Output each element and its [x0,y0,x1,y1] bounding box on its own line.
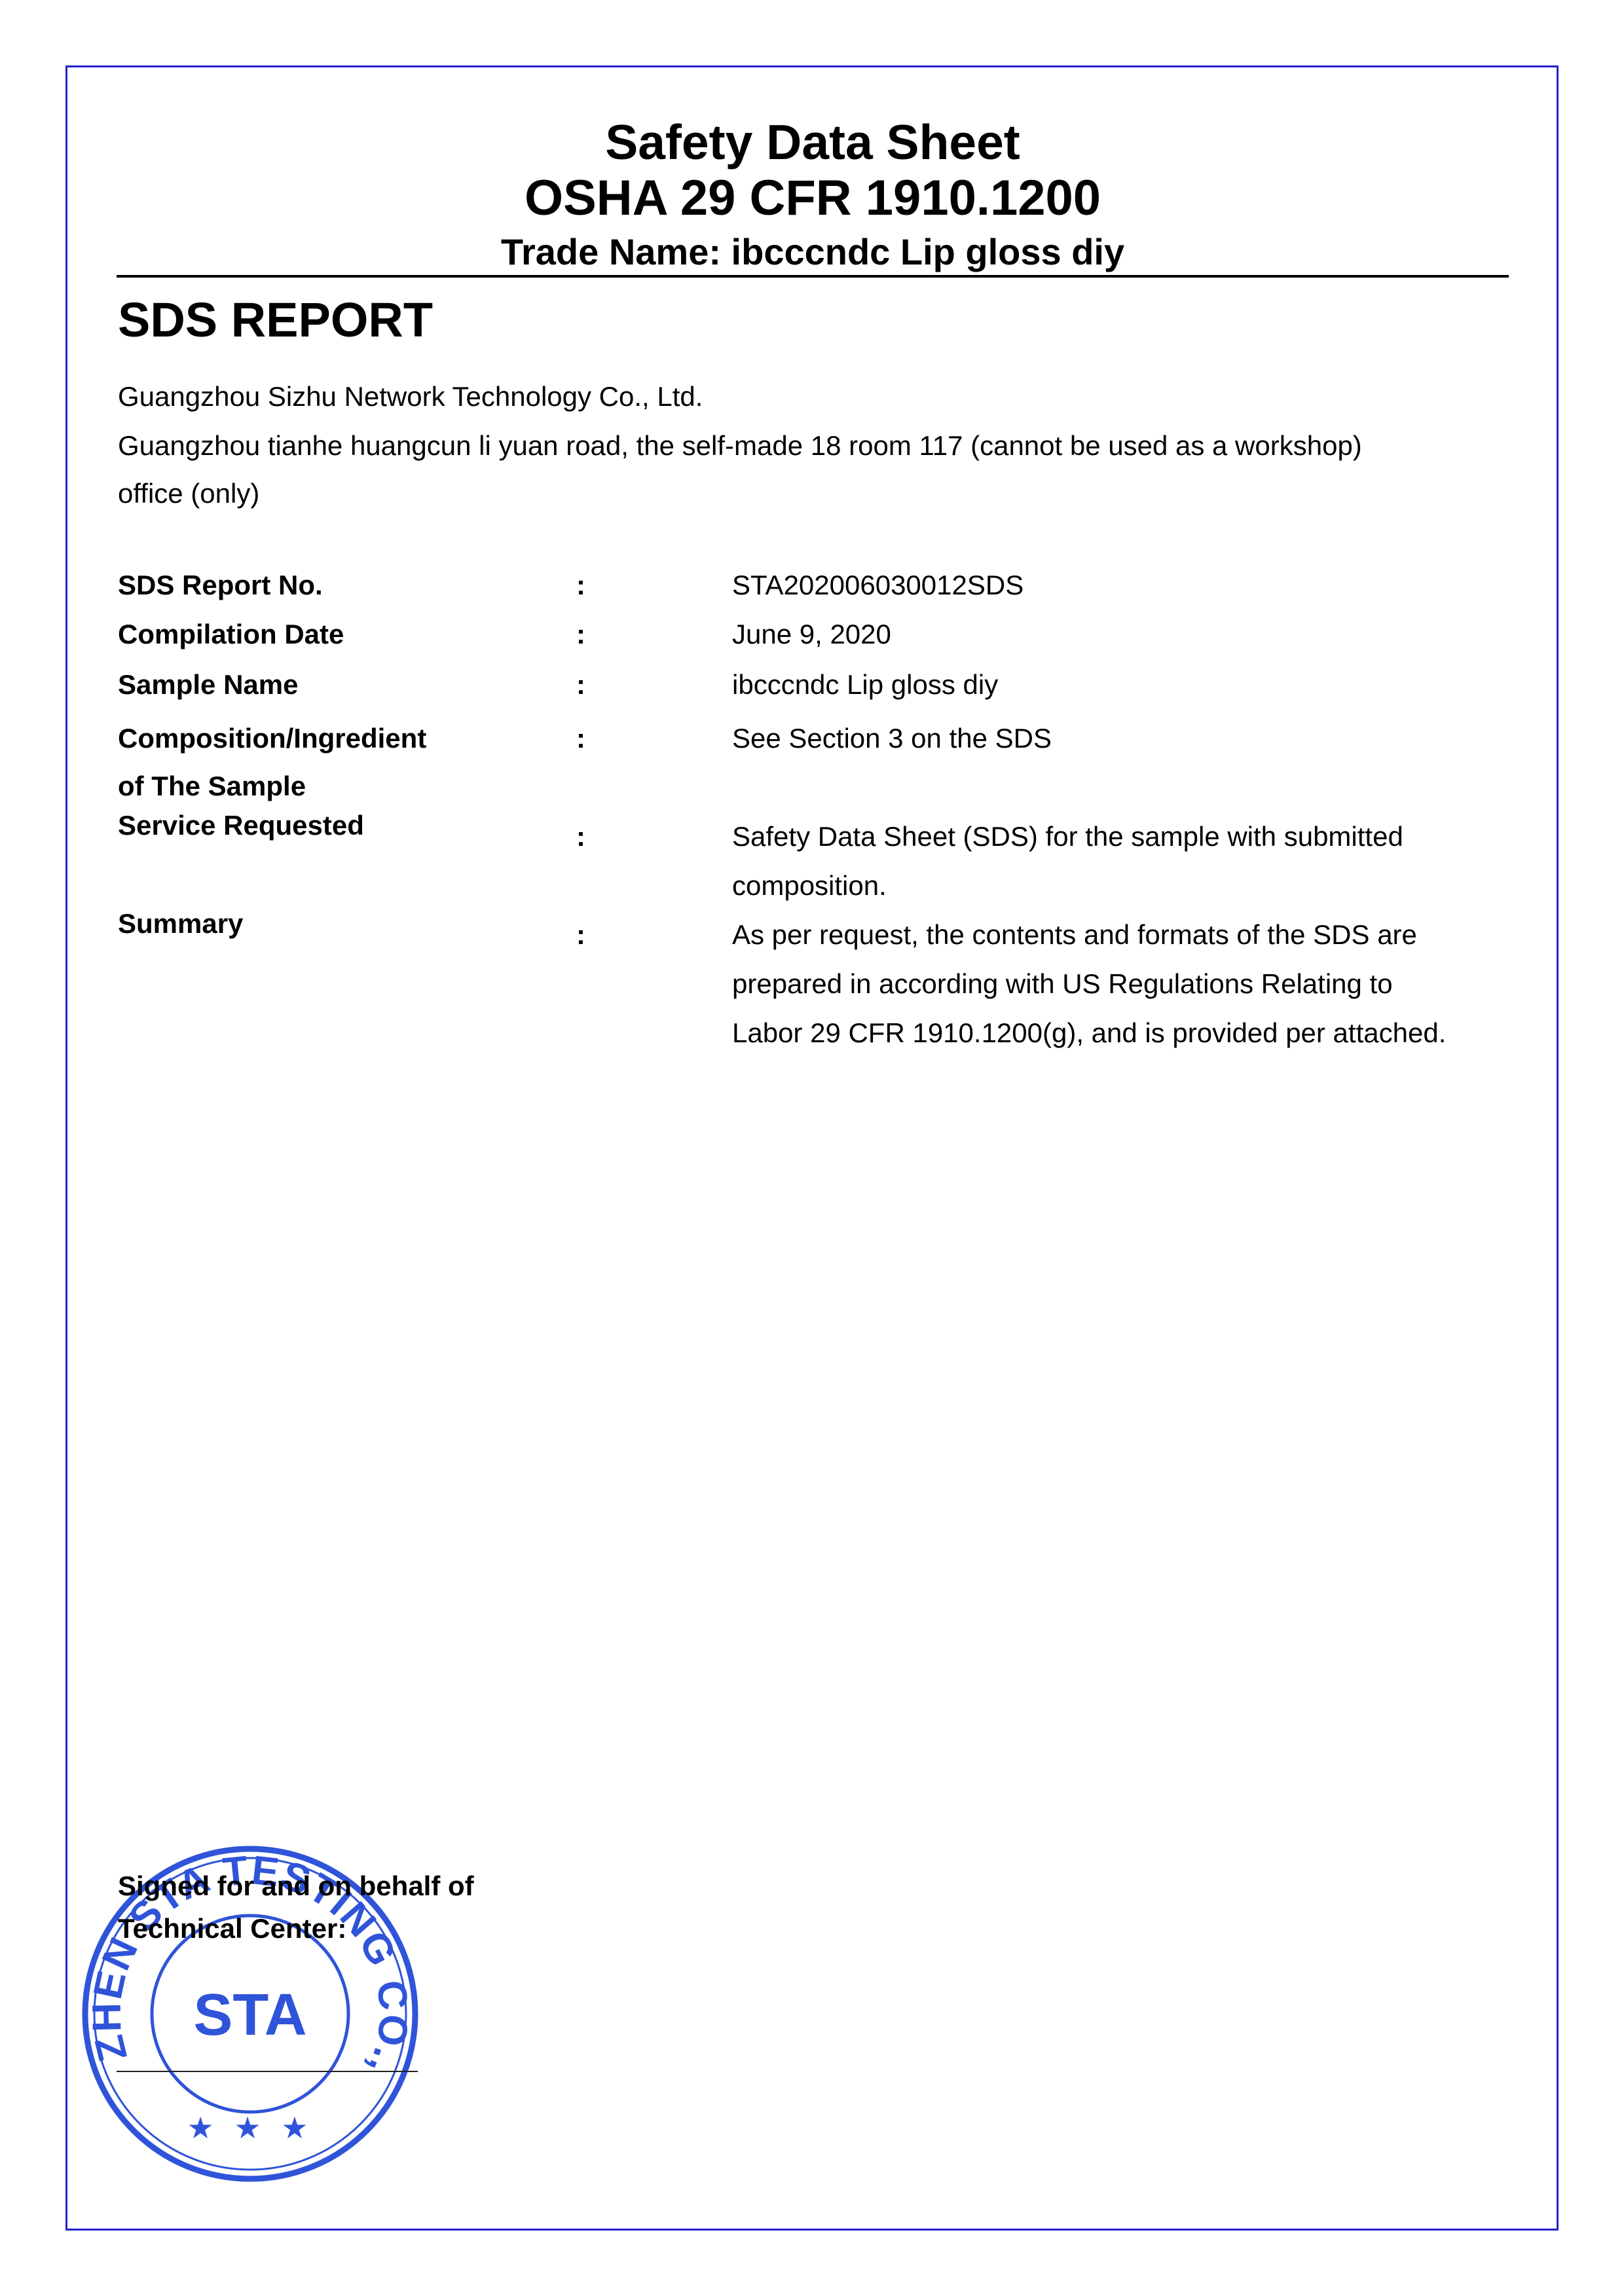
stamp-stars-icon: ★ ★ ★ [187,2110,314,2145]
field-value-composition: See Section 3 on the SDS [732,722,1052,755]
field-separator: : [576,820,585,853]
company-name: Guangzhou Sizhu Network Technology Co., … [118,380,703,413]
signature-line [117,2071,418,2072]
field-value-report-no: STA202006030012SDS [732,569,1024,602]
regulation-title: OSHA 29 CFR 1910.1200 [117,169,1509,228]
field-separator: : [576,722,585,755]
company-address-line1: Guangzhou tianhe huangcun li yuan road, … [118,429,1362,462]
field-label: Service Requested [118,809,364,842]
field-label-continued: of The Sample [118,770,306,803]
field-value-summary-line: As per request, the contents and formats… [732,919,1417,951]
field-separator: : [576,618,585,651]
header-divider [117,275,1509,278]
stamp-center-text: STA [193,1982,306,2048]
field-value-compilation-date: June 9, 2020 [732,618,891,651]
field-separator: : [576,919,585,951]
company-address-line2: office (only) [118,477,259,510]
signature-caption-line1: Signed for and on behalf of [118,1870,474,1903]
field-value-service-line: Safety Data Sheet (SDS) for the sample w… [732,820,1403,853]
field-label: Compilation Date [118,618,344,651]
field-label: SDS Report No. [118,569,323,602]
field-value-summary-line: prepared in according with US Regulation… [732,968,1393,1000]
field-separator: : [576,569,585,602]
document-title: Safety Data Sheet [117,113,1509,172]
field-value-summary-line: Labor 29 CFR 1910.1200(g), and is provid… [732,1017,1446,1049]
field-label: Composition/Ingredient [118,722,426,755]
field-value-sample-name: ibcccndc Lip gloss diy [732,668,998,701]
signature-caption-line2: Technical Center: [118,1912,346,1945]
field-label: Sample Name [118,668,298,701]
trade-name: Trade Name: ibcccndc Lip gloss diy [117,230,1509,274]
field-value-service-line: composition. [732,869,887,902]
report-heading: SDS REPORT [118,291,433,350]
field-label: Summary [118,907,243,940]
field-separator: : [576,668,585,701]
